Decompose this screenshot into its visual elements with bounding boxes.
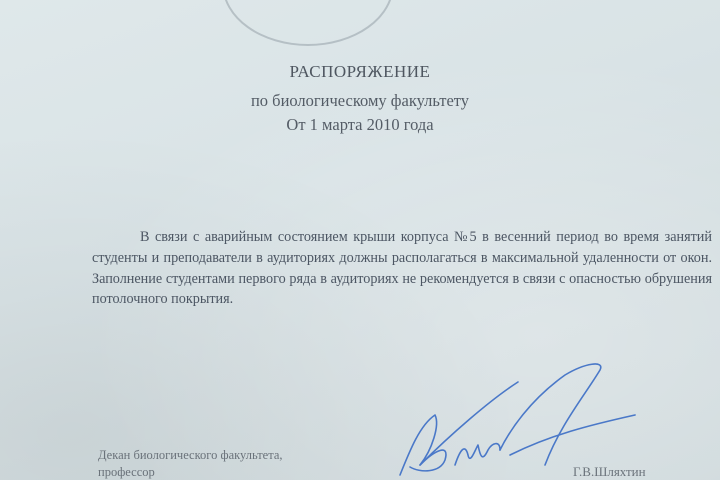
signatory-name: Г.В.Шляхтин: [573, 464, 646, 480]
handwritten-signature: [360, 355, 660, 480]
document-subtitle: по биологическому факультету: [0, 91, 720, 111]
signatory-position-line1: Декан биологического факультета,: [98, 447, 283, 464]
document-date: От 1 марта 2010 года: [0, 115, 720, 135]
signatory-position: Декан биологического факультета, професс…: [98, 447, 283, 480]
body-paragraph: В связи с аварийным состоянием крыши кор…: [92, 227, 712, 310]
signatory-position-line2: профессор: [98, 464, 283, 480]
emblem-seal-outline: [222, 0, 394, 46]
document-title: РАСПОРЯЖЕНИЕ: [0, 62, 720, 82]
document-body: В связи с аварийным состоянием крыши кор…: [92, 227, 712, 310]
